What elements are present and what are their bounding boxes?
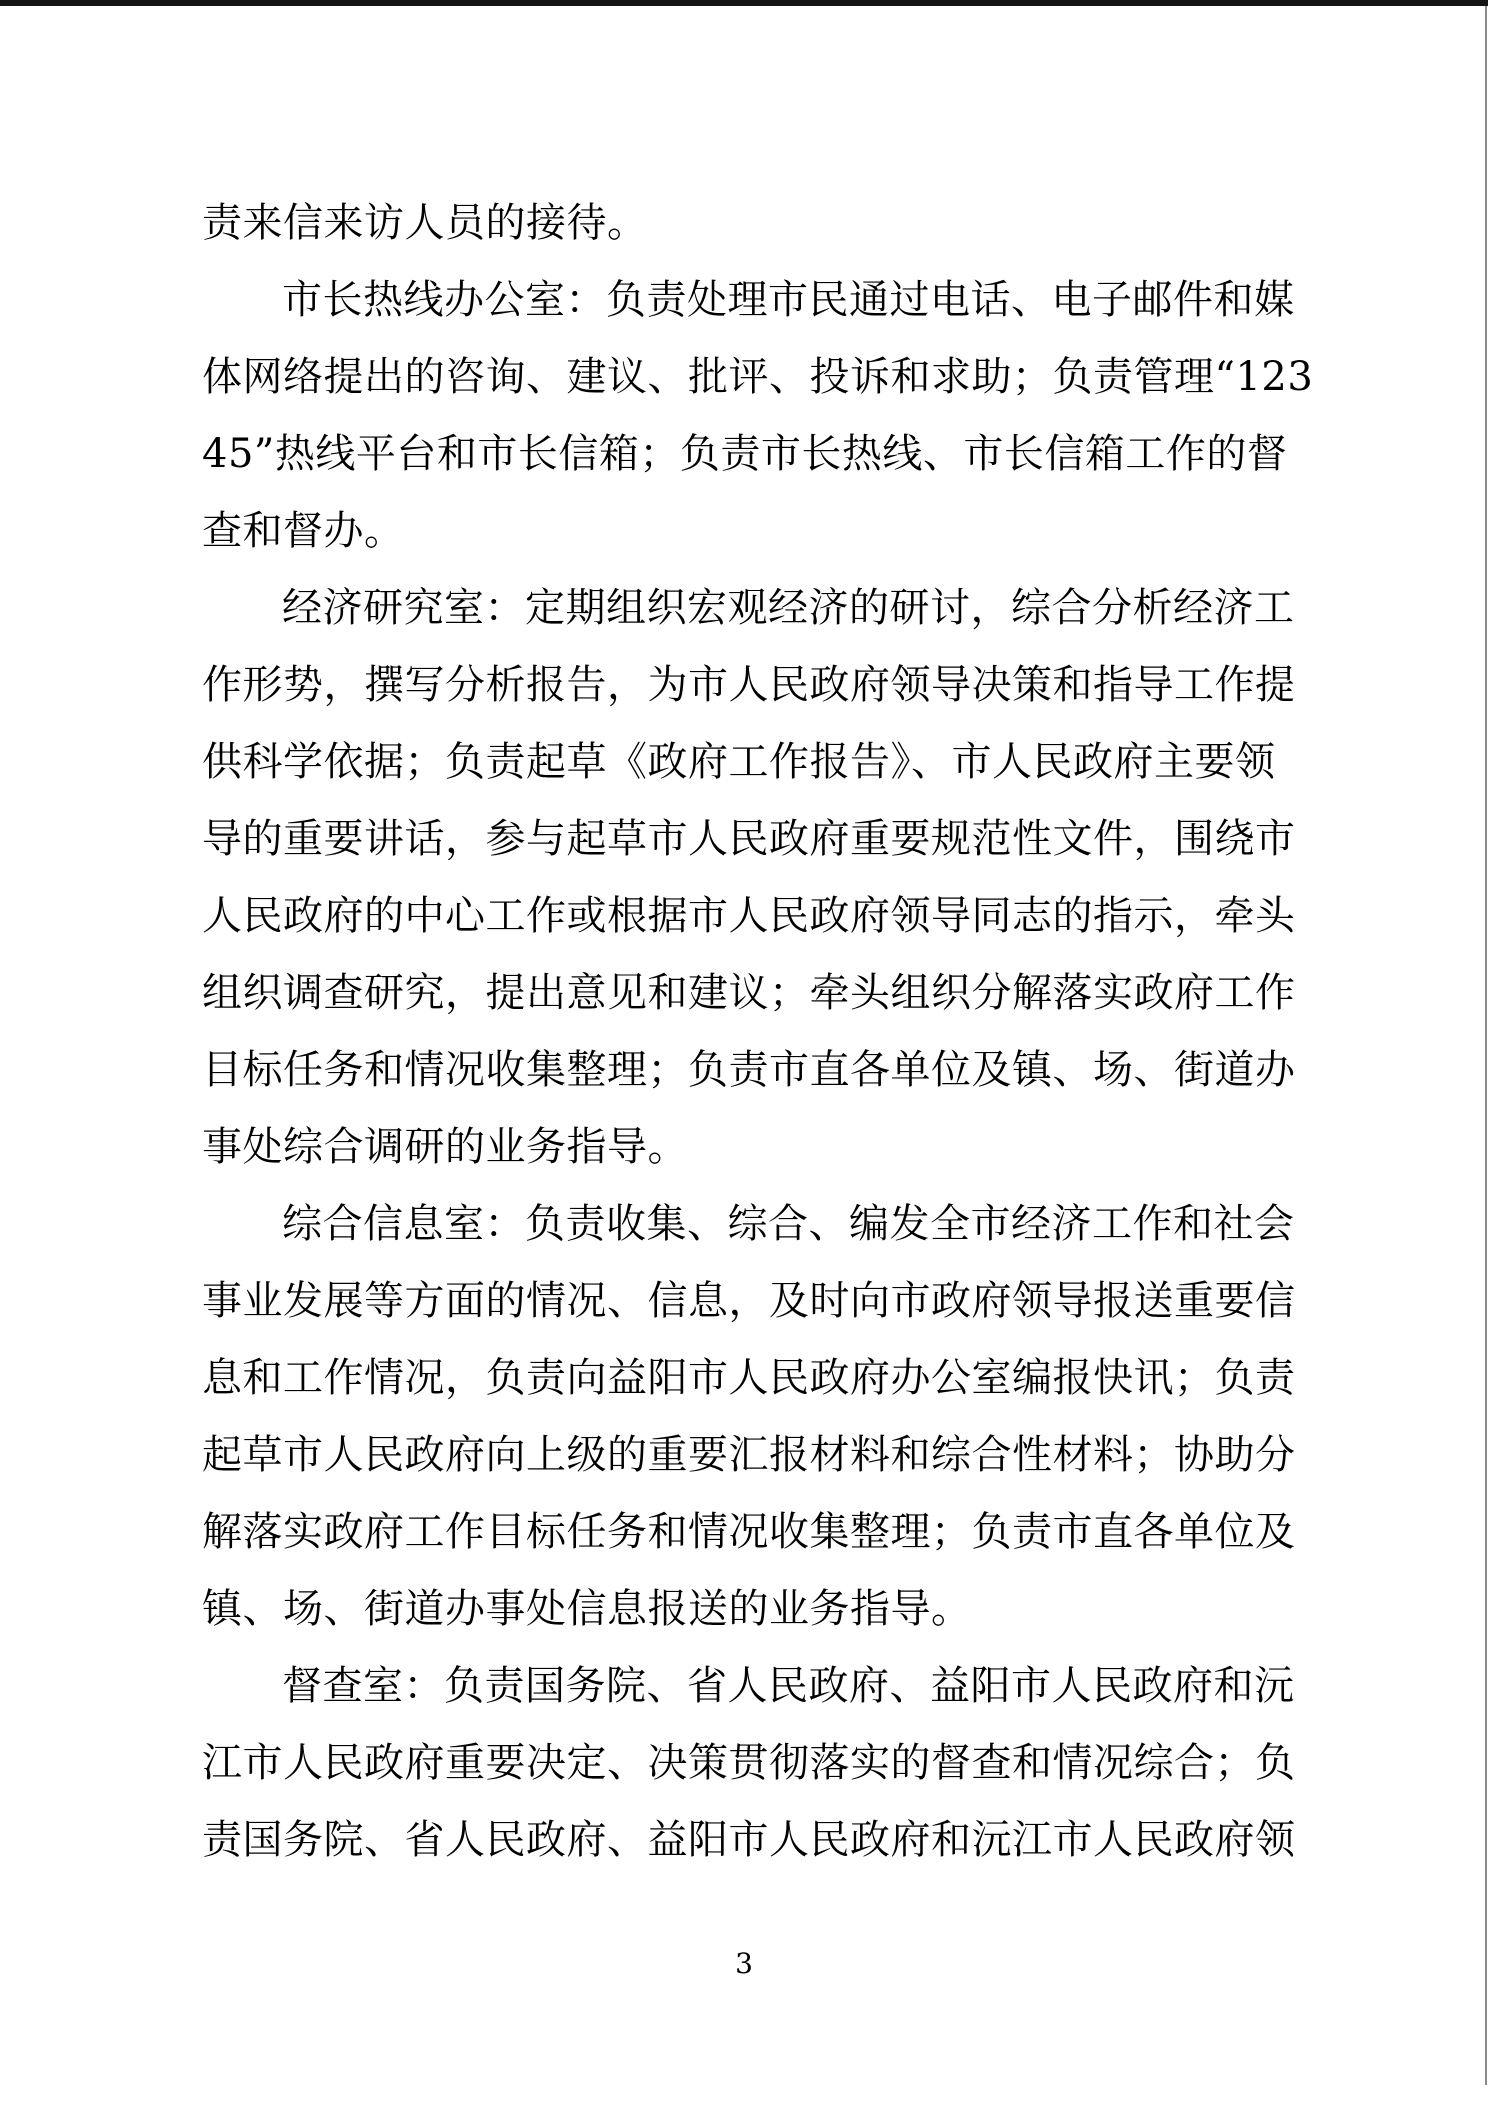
document-body: 责来信来访人员的接待。市长热线办公室：负责处理市民通过电话、电子邮件和媒体网络提…: [202, 185, 1342, 1879]
text-line: 市长热线办公室：负责处理市民通过电话、电子邮件和媒: [202, 262, 1342, 339]
text-line: 导的重要讲话，参与起草市人民政府重要规范性文件，围绕市: [202, 801, 1342, 878]
text-line: 组织调查研究，提出意见和建议；牵头组织分解落实政府工作: [202, 955, 1342, 1032]
text-line: 事处综合调研的业务指导。: [202, 1109, 1342, 1186]
text-line: 经济研究室：定期组织宏观经济的研讨，综合分析经济工: [202, 570, 1342, 647]
text-line: 目标任务和情况收集整理；负责市直各单位及镇、场、街道办: [202, 1032, 1342, 1109]
top-border: [0, 0, 1488, 6]
text-line: 解落实政府工作目标任务和情况收集整理；负责市直各单位及: [202, 1494, 1342, 1571]
text-line: 人民政府的中心工作或根据市人民政府领导同志的指示，牵头: [202, 878, 1342, 955]
text-line: 体网络提出的咨询、建议、批评、投诉和求助；负责管理“123: [202, 339, 1342, 416]
text-line: 45”热线平台和市长信箱；负责市长热线、市长信箱工作的督: [202, 416, 1342, 493]
text-line: 事业发展等方面的情况、信息，及时向市政府领导报送重要信: [202, 1263, 1342, 1340]
text-line: 查和督办。: [202, 493, 1342, 570]
text-line: 作形势，撰写分析报告，为市人民政府领导决策和指导工作提: [202, 647, 1342, 724]
text-line: 督查室：负责国务院、省人民政府、益阳市人民政府和沅: [202, 1648, 1342, 1725]
text-line: 起草市人民政府向上级的重要汇报材料和综合性材料；协助分: [202, 1417, 1342, 1494]
text-line: 责国务院、省人民政府、益阳市人民政府和沅江市人民政府领: [202, 1802, 1342, 1879]
document-page: 责来信来访人员的接待。市长热线办公室：负责处理市民通过电话、电子邮件和媒体网络提…: [0, 0, 1488, 2104]
text-line: 镇、场、街道办事处信息报送的业务指导。: [202, 1571, 1342, 1648]
page-number: 3: [0, 1942, 1488, 1986]
text-line: 江市人民政府重要决定、决策贯彻落实的督查和情况综合；负: [202, 1725, 1342, 1802]
right-border: [1485, 6, 1487, 2085]
text-line: 供科学依据；负责起草《政府工作报告》、市人民政府主要领: [202, 724, 1342, 801]
text-line: 息和工作情况，负责向益阳市人民政府办公室编报快讯；负责: [202, 1340, 1342, 1417]
text-line: 综合信息室：负责收集、综合、编发全市经济工作和社会: [202, 1186, 1342, 1263]
text-line: 责来信来访人员的接待。: [202, 185, 1342, 262]
